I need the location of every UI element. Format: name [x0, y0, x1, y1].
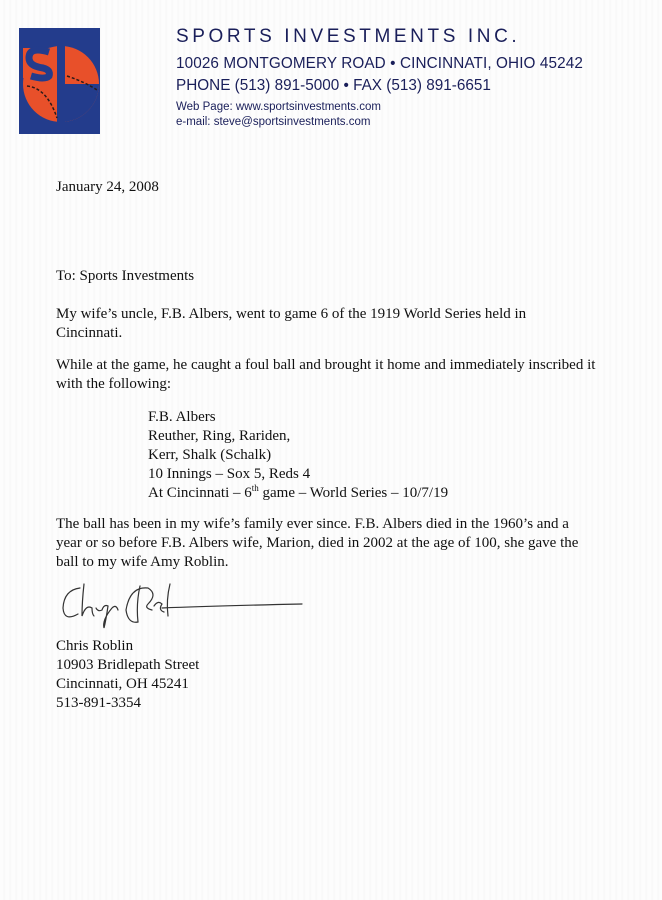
paragraph-3-line: The ball has been in my wife’s family ev… [56, 515, 578, 534]
company-email: e-mail: steve@sportsinvestments.com [176, 116, 370, 128]
paragraph-2: While at the game, he caught a foul ball… [56, 356, 595, 394]
sender-street: 10903 Bridlepath Street [56, 656, 199, 675]
inscription-text: At Cincinnati – 6 [148, 485, 252, 501]
paragraph-1-line: Cincinnati. [56, 324, 526, 343]
inscription-text: game – World Series – 10/7/19 [259, 485, 448, 501]
sender-phone: 513-891-3354 [56, 694, 199, 713]
paragraph-3-line: year or so before F.B. Albers wife, Mari… [56, 534, 578, 553]
inscription-line: 10 Innings – Sox 5, Reds 4 [148, 465, 448, 484]
paragraph-2-line: with the following: [56, 375, 595, 394]
company-name: SPORTS INVESTMENTS INC. [176, 26, 520, 48]
signature-icon [58, 580, 308, 630]
paragraph-2-line: While at the game, he caught a foul ball… [56, 356, 595, 375]
paragraph-3-line: ball to my wife Amy Roblin. [56, 553, 578, 572]
ball-inscription: F.B. Albers Reuther, Ring, Rariden, Kerr… [148, 408, 448, 503]
inscription-line: F.B. Albers [148, 408, 448, 427]
inscription-line: At Cincinnati – 6th game – World Series … [148, 484, 448, 503]
inscription-line: Reuther, Ring, Rariden, [148, 427, 448, 446]
sender-name: Chris Roblin [56, 637, 199, 656]
ordinal-suffix: th [252, 483, 259, 493]
letter-recipient: To: Sports Investments [56, 267, 194, 286]
sender-city: Cincinnati, OH 45241 [56, 675, 199, 694]
paragraph-1-line: My wife’s uncle, F.B. Albers, went to ga… [56, 305, 526, 324]
inscription-line: Kerr, Shalk (Schalk) [148, 446, 448, 465]
si-baseball-logo-icon [19, 28, 100, 134]
letter-date: January 24, 2008 [56, 178, 159, 197]
letter-page: SPORTS INVESTMENTS INC. 10026 MONTGOMERY… [0, 0, 662, 900]
paragraph-1: My wife’s uncle, F.B. Albers, went to ga… [56, 305, 526, 343]
company-web: Web Page: www.sportsinvestments.com [176, 101, 381, 113]
sender-block: Chris Roblin 10903 Bridlepath Street Cin… [56, 637, 199, 713]
company-address: 10026 MONTGOMERY ROAD • CINCINNATI, OHIO… [176, 55, 583, 73]
company-phone-fax: PHONE (513) 891-5000 • FAX (513) 891-665… [176, 77, 491, 95]
paragraph-3: The ball has been in my wife’s family ev… [56, 515, 578, 572]
